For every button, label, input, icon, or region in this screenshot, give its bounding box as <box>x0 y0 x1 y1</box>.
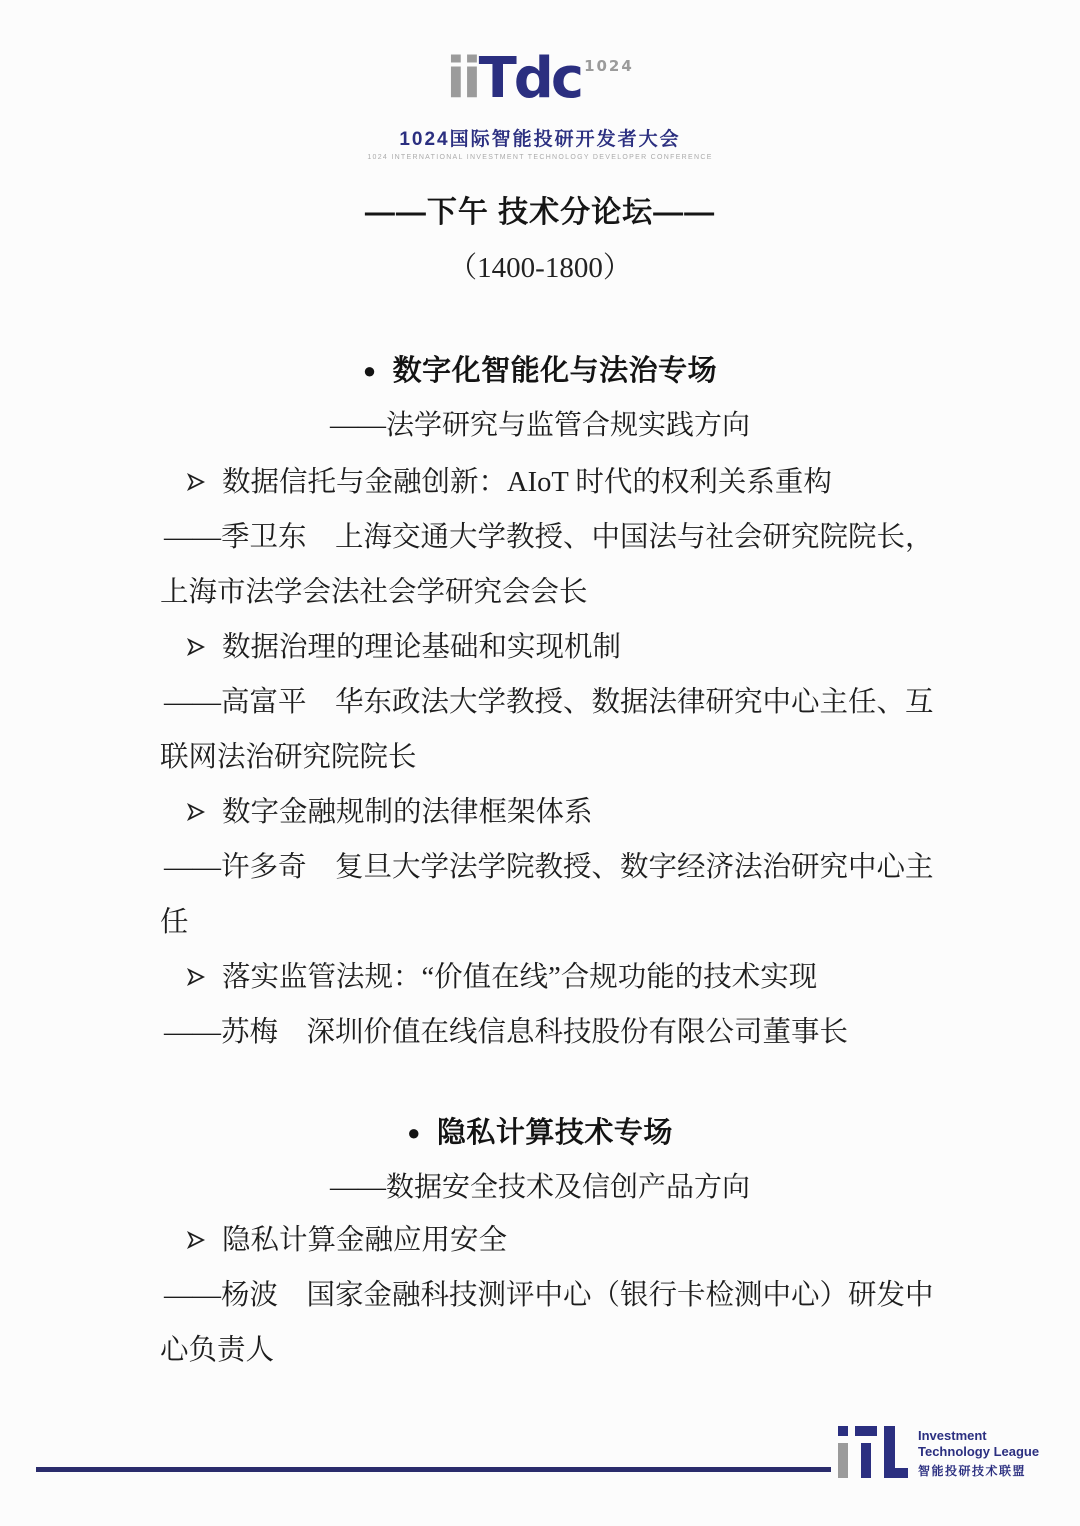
itl-i-dot <box>838 1426 848 1436</box>
logo-superscript: 1024 <box>584 37 634 95</box>
topic-text: 隐私计算金融应用安全 <box>222 1225 507 1256</box>
agenda-topic: 落实监管法规：“价值在线”合规功能的技术实现 <box>160 950 1080 1005</box>
itl-l-foot <box>884 1468 908 1478</box>
arrow-bullet-icon <box>186 967 206 987</box>
itl-logo-icon <box>838 1426 908 1478</box>
document-page: iiTdc1024 1024国际智能投研开发者大会 1024 INTERNATI… <box>0 0 1080 1526</box>
agenda-list-2: 隐私计算金融应用安全 ——杨波 国家金融科技测评中心（银行卡检测中心）研发中 心… <box>160 1213 1080 1378</box>
speaker-line: ——杨波 国家金融科技测评中心（银行卡检测中心）研发中 <box>160 1268 1080 1323</box>
agenda-item: 数据信托与金融创新：AIoT 时代的权利关系重构 ——季卫东 上海交通大学教授、… <box>160 455 1080 620</box>
topic-text: 数据治理的理论基础和实现机制 <box>222 632 621 663</box>
iitdc-logo-icon: iiTdc1024 <box>446 50 634 122</box>
page-title: ——下午 技术分论坛—— <box>0 187 1080 231</box>
logo-wordmark-gray: ii <box>446 46 478 111</box>
section-title: 隐私计算技术专场 <box>437 1117 673 1149</box>
speaker-line: 心负责人 <box>160 1323 1080 1378</box>
footer-league-cn: 智能投研技术联盟 <box>918 1462 1039 1479</box>
agenda-topic: 数字金融规制的法律框架体系 <box>160 785 1080 840</box>
itl-t-bar <box>855 1426 877 1436</box>
speaker-line: 上海市法学会法社会学研究会会长 <box>160 565 1080 620</box>
section-heading-1: ●数字化智能化与法治专场 <box>0 348 1080 389</box>
section-title: 数字化智能化与法治专场 <box>393 355 718 387</box>
topic-text: 落实监管法规：“价值在线”合规功能的技术实现 <box>222 962 817 993</box>
agenda-item: 数字金融规制的法律框架体系 ——许多奇 复旦大学法学院教授、数字经济法治研究中心… <box>160 785 1080 950</box>
speaker-line: 任 <box>160 895 1080 950</box>
footer-divider <box>36 1467 831 1472</box>
topic-text: 数字金融规制的法律框架体系 <box>222 797 593 828</box>
section-bullet-icon: ● <box>407 1120 421 1145</box>
speaker-line: ——高富平 华东政法大学教授、数据法律研究中心主任、互 <box>160 675 1080 730</box>
footer-league-en-line1: Investment <box>918 1428 1039 1444</box>
conference-name-cn: 1024国际智能投研开发者大会 <box>0 124 1080 151</box>
agenda-list-1: 数据信托与金融创新：AIoT 时代的权利关系重构 ——季卫东 上海交通大学教授、… <box>160 455 1080 1060</box>
arrow-bullet-icon <box>186 802 206 822</box>
itl-t-stem <box>861 1443 871 1478</box>
agenda-topic: 数据信托与金融创新：AIoT 时代的权利关系重构 <box>160 455 1080 510</box>
time-range: （1400-1800） <box>0 245 1080 286</box>
topic-text: 数据信托与金融创新：AIoT 时代的权利关系重构 <box>222 467 832 498</box>
itl-i-stem <box>838 1443 848 1478</box>
header-logo: iiTdc1024 1024国际智能投研开发者大会 1024 INTERNATI… <box>0 0 1080 161</box>
speaker-line: ——许多奇 复旦大学法学院教授、数字经济法治研究中心主 <box>160 840 1080 895</box>
arrow-bullet-icon <box>186 472 206 492</box>
logo-wordmark-navy: Tdc <box>479 46 581 111</box>
speaker-line: ——季卫东 上海交通大学教授、中国法与社会研究院院长， <box>160 510 1080 565</box>
arrow-bullet-icon <box>186 637 206 657</box>
agenda-item: 落实监管法规：“价值在线”合规功能的技术实现 ——苏梅 深圳价值在线信息科技股份… <box>160 950 1080 1060</box>
section-heading-2: ●隐私计算技术专场 <box>0 1110 1080 1151</box>
arrow-bullet-icon <box>186 1230 206 1250</box>
agenda-topic: 隐私计算金融应用安全 <box>160 1213 1080 1268</box>
agenda-topic: 数据治理的理论基础和实现机制 <box>160 620 1080 675</box>
section-bullet-icon: ● <box>363 358 377 383</box>
speaker-line: ——苏梅 深圳价值在线信息科技股份有限公司董事长 <box>160 1005 1080 1060</box>
agenda-item: 数据治理的理论基础和实现机制 ——高富平 华东政法大学教授、数据法律研究中心主任… <box>160 620 1080 785</box>
section-subheading-2: ——数据安全技术及信创产品方向 <box>0 1165 1080 1205</box>
conference-name-en: 1024 INTERNATIONAL INVESTMENT TECHNOLOGY… <box>0 154 1080 161</box>
agenda-item: 隐私计算金融应用安全 ——杨波 国家金融科技测评中心（银行卡检测中心）研发中 心… <box>160 1213 1080 1378</box>
footer-league-en-line2: Technology League <box>918 1444 1039 1460</box>
speaker-line: 联网法治研究院院长 <box>160 730 1080 785</box>
footer-logo-text: Investment Technology League 智能投研技术联盟 <box>918 1426 1039 1479</box>
footer-logo: Investment Technology League 智能投研技术联盟 <box>838 1426 1039 1479</box>
section-subheading-1: ——法学研究与监管合规实践方向 <box>0 403 1080 443</box>
